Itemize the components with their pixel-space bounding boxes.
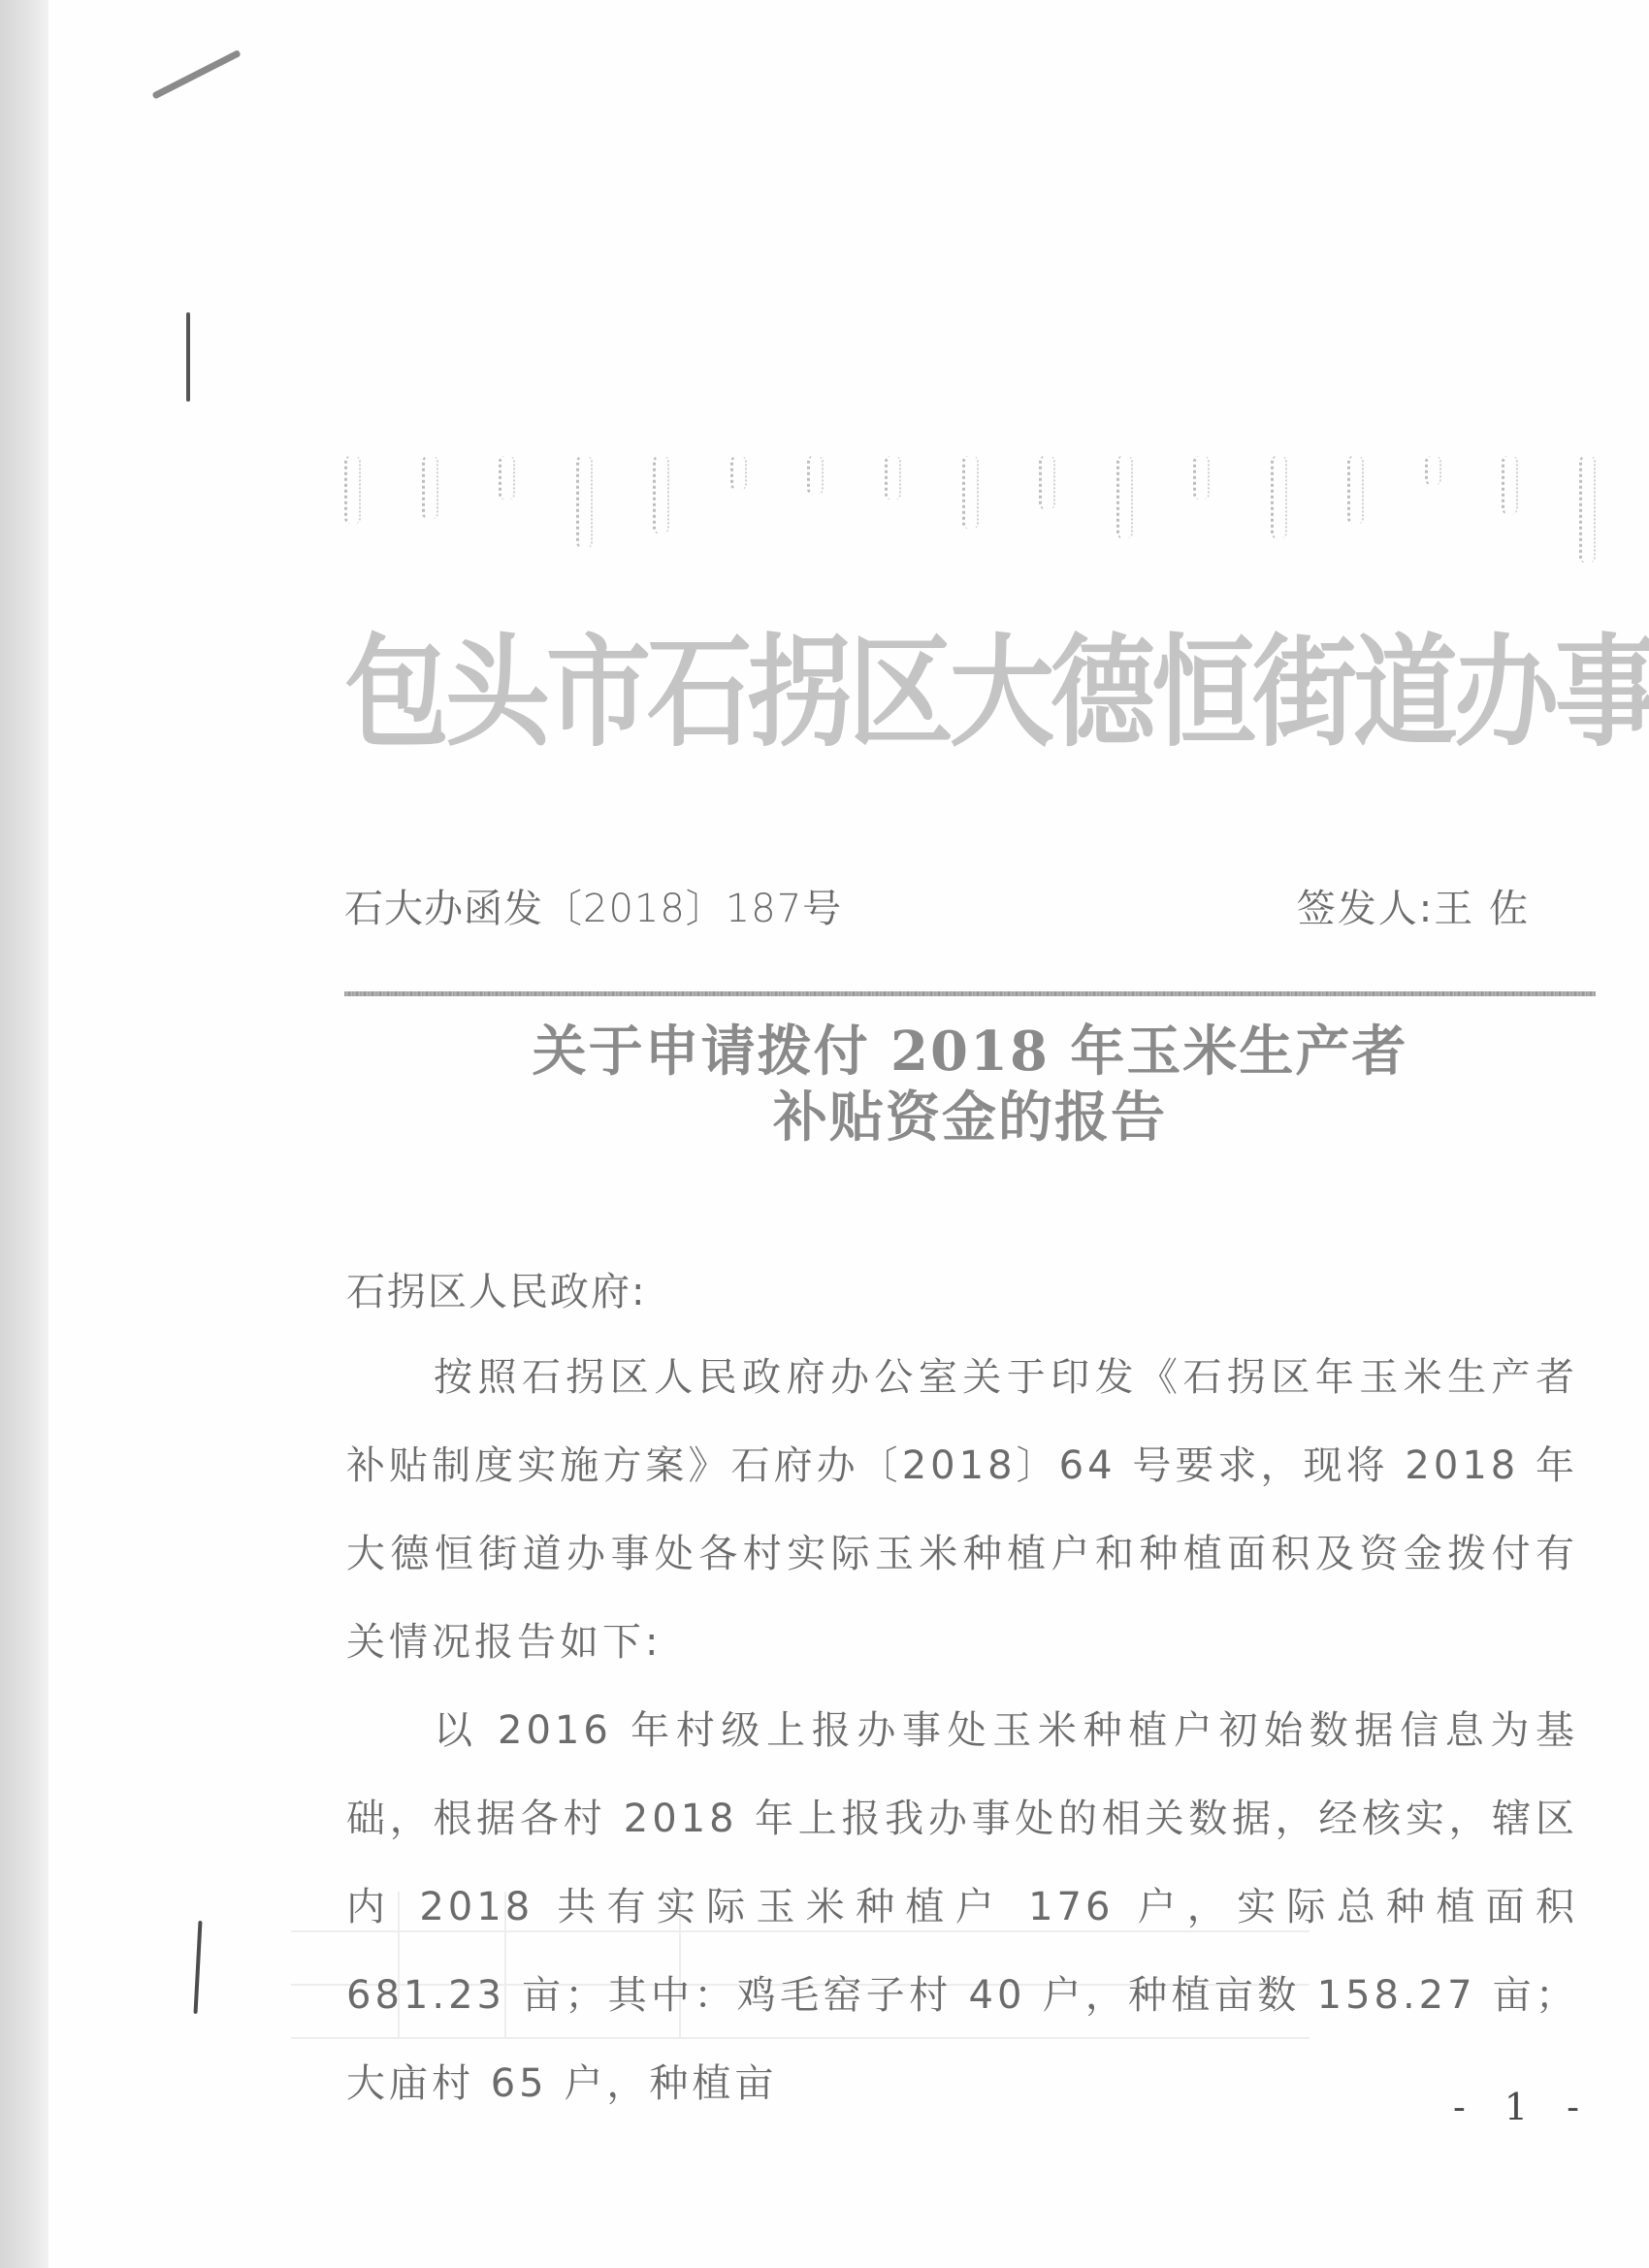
- mongolian-glyph: [1502, 456, 1518, 514]
- mongolian-glyph: [576, 456, 593, 548]
- header-divider-line: [344, 991, 1596, 996]
- document-page: 包头市石拐区大德恒街道办事处文件 石大办函发〔2018〕187号 签发人:王 佐…: [48, 0, 1649, 2268]
- addressee: 石拐区人民政府:: [346, 1261, 646, 1316]
- report-title-line-2: 补贴资金的报告: [344, 1085, 1596, 1150]
- mongolian-glyph: [962, 456, 979, 529]
- body-paragraph-1: 按照石拐区人民政府办公室关于印发《石拐区年玉米生产者补贴制度实施方案》石府办〔2…: [346, 1334, 1578, 1687]
- mongolian-glyph: [885, 456, 901, 500]
- mongolian-glyph: [422, 456, 438, 519]
- staple-mark-middle: [186, 312, 190, 402]
- mongolian-glyph: [1579, 456, 1596, 563]
- mongolian-script-header: [344, 456, 1596, 572]
- mongolian-glyph: [1116, 456, 1133, 538]
- report-body: 按照石拐区人民政府办公室关于印发《石拐区年玉米生产者补贴制度实施方案》石府办〔2…: [346, 1334, 1578, 2128]
- mongolian-glyph: [807, 456, 824, 495]
- signer-label: 签发人:: [1297, 887, 1434, 931]
- staple-mark-bottom: [193, 1921, 202, 2014]
- mongolian-glyph: [653, 456, 669, 534]
- page-number: - 1 -: [1453, 2086, 1593, 2128]
- mongolian-glyph: [1425, 456, 1441, 485]
- report-title-line-1: 关于申请拨付 2018 年玉米生产者: [344, 1019, 1596, 1085]
- mongolian-glyph: [1271, 456, 1287, 538]
- staple-mark-top: [151, 49, 241, 100]
- signer-name: 王 佐: [1434, 887, 1530, 931]
- mongolian-glyph: [344, 456, 361, 524]
- body-paragraph-2: 以 2016 年村级上报办事处玉米种植户初始数据信息为基础，根据各村 2018 …: [346, 1687, 1578, 2128]
- document-number: 石大办函发〔2018〕187号: [344, 878, 842, 933]
- mongolian-glyph: [1193, 456, 1210, 500]
- mongolian-glyph: [1347, 456, 1364, 524]
- signer: 签发人:王 佐: [1297, 878, 1530, 933]
- issuing-authority-title: 包头市石拐区大德恒街道办事处文件: [344, 609, 1596, 777]
- report-title: 关于申请拨付 2018 年玉米生产者 补贴资金的报告: [344, 1019, 1596, 1150]
- mongolian-glyph: [499, 456, 515, 500]
- mongolian-glyph: [730, 456, 747, 490]
- scanned-page-edge: [0, 0, 48, 2268]
- mongolian-glyph: [1039, 456, 1055, 509]
